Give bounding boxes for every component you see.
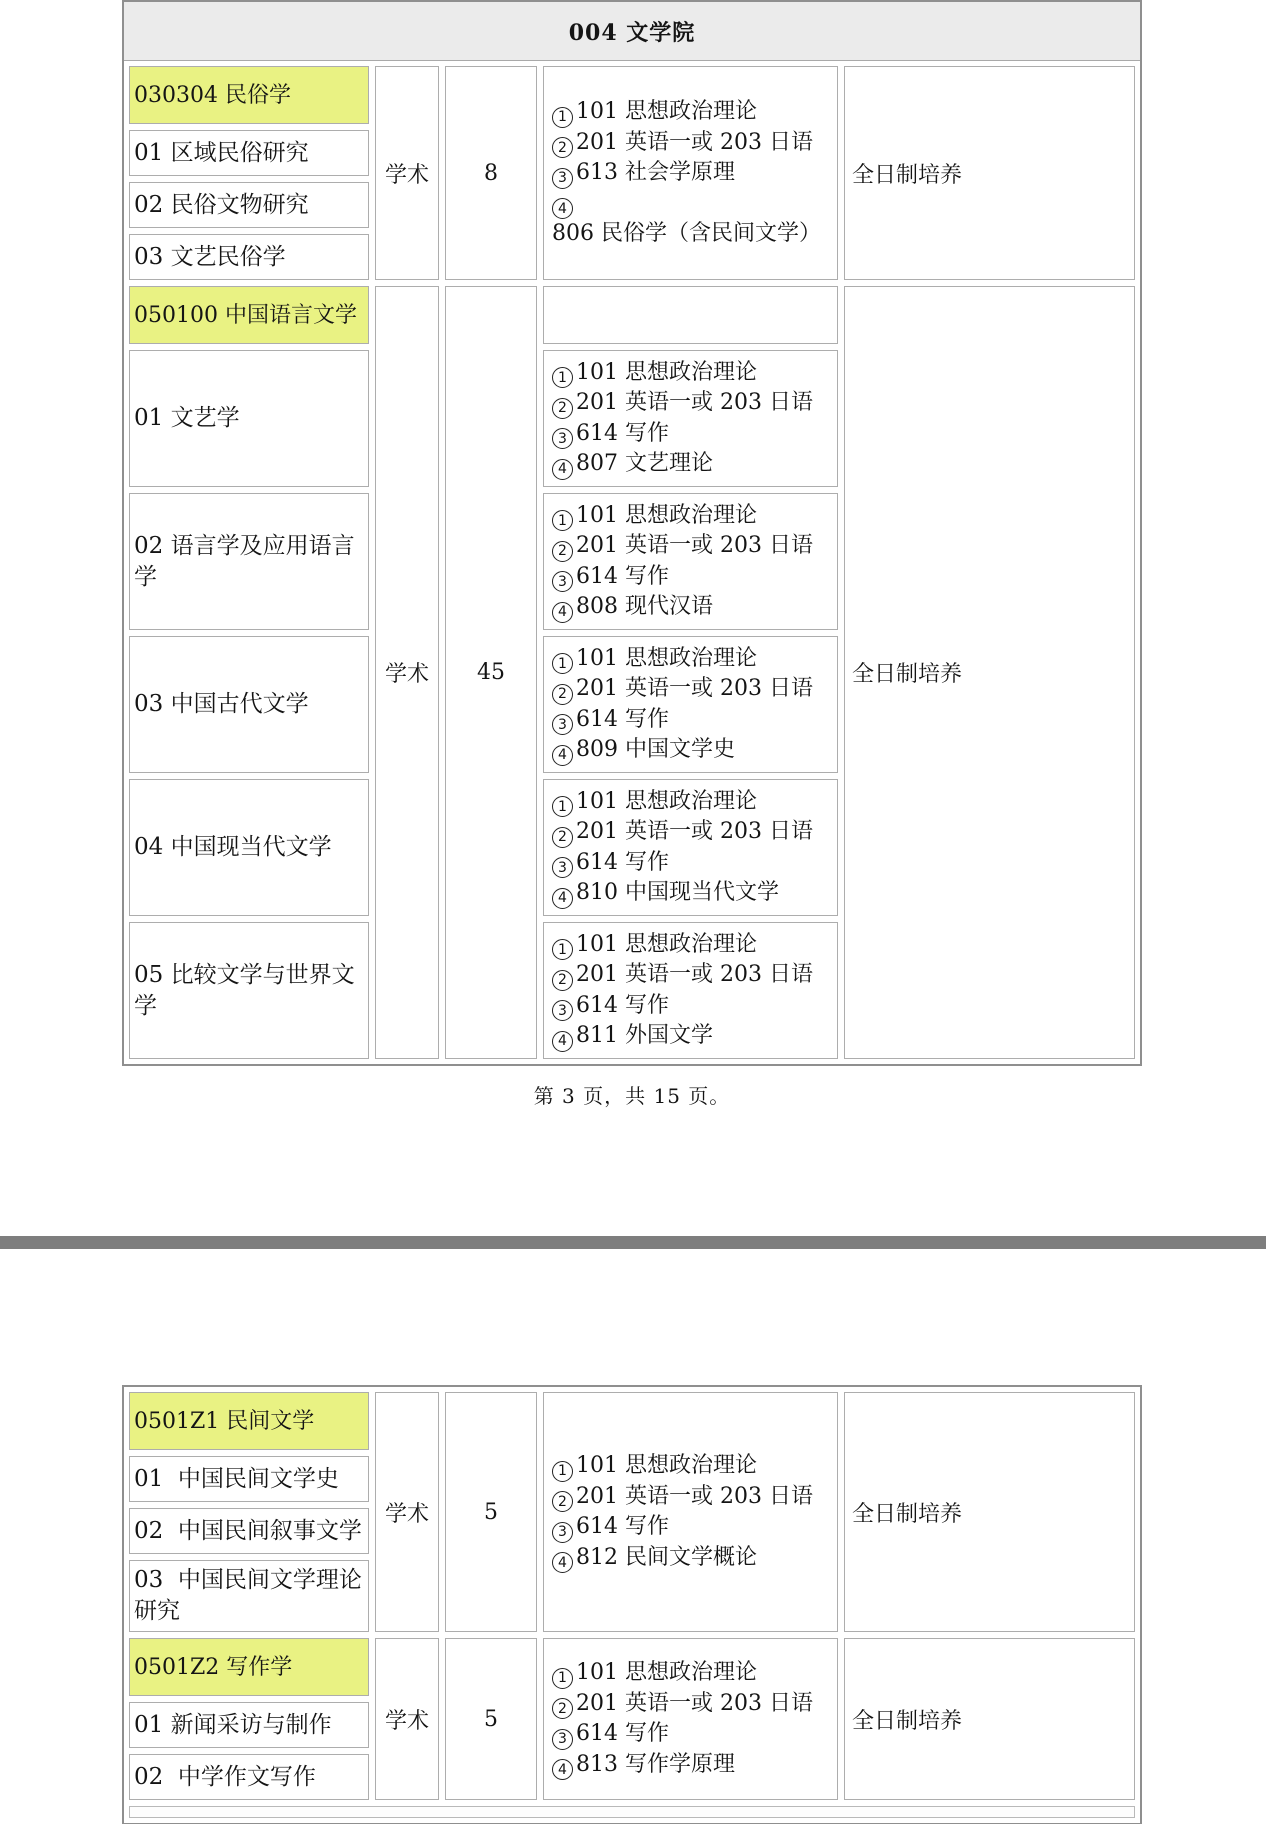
subject-text: 614 写作	[576, 564, 669, 589]
subject-line: 3614 写作	[552, 848, 835, 879]
subject-line: 3614 写作	[552, 1719, 835, 1750]
circled-number-badge: 2	[552, 1698, 573, 1719]
next-row-sliver	[129, 1806, 1135, 1818]
circled-number-badge: 1	[552, 1668, 573, 1689]
subject-line: 1101 思想政治理论	[552, 501, 835, 532]
subject-line: 1101 思想政治理论	[552, 358, 835, 389]
subject-text: 201 英语一或 203 日语	[576, 676, 813, 701]
subject-text: 806 民俗学（含民间文学）	[552, 221, 821, 246]
subject-line: 4811 外国文学	[552, 1021, 835, 1052]
circled-number-badge: 3	[552, 168, 573, 189]
direction-cell: 02 民俗文物研究	[129, 182, 369, 228]
circled-number-badge: 4	[552, 459, 573, 480]
subject-text: 614 写作	[576, 1721, 669, 1746]
circled-number-badge: 1	[552, 939, 573, 960]
circled-number-badge: 4	[552, 888, 573, 909]
direction-cell: 02 语言学及应用语言学	[129, 493, 369, 630]
subject-text: 201 英语一或 203 日语	[576, 819, 813, 844]
circled-number-badge: 2	[552, 1491, 573, 1512]
subject-line: 4809 中国文学史	[552, 735, 835, 766]
circled-number-badge: 3	[552, 1000, 573, 1021]
subject-text: 201 英语一或 203 日语	[576, 533, 813, 558]
subject-text: 614 写作	[576, 707, 669, 732]
major-code-cell: 050100 中国语言文学	[129, 286, 369, 344]
subject-line: 2201 英语一或 203 日语	[552, 388, 835, 419]
subject-line: 3614 写作	[552, 705, 835, 736]
circled-number-badge: 2	[552, 684, 573, 705]
subject-text: 201 英语一或 203 日语	[576, 390, 813, 415]
degree-type-cell: 学术	[375, 1392, 439, 1632]
exam-subjects-cell: 1101 思想政治理论2201 英语一或 203 日语3614 写作4811 外…	[543, 922, 838, 1059]
subject-line: 4812 民间文学概论	[552, 1543, 835, 1574]
exam-subjects-cell: 1101 思想政治理论2201 英语一或 203 日语3613 社会学原理480…	[543, 66, 838, 280]
subject-text: 101 思想政治理论	[576, 1660, 757, 1685]
page-divider	[0, 1236, 1266, 1249]
circled-number-badge: 1	[552, 653, 573, 674]
circled-number-badge: 3	[552, 1729, 573, 1750]
subject-text: 812 民间文学概论	[576, 1545, 757, 1570]
exam-subjects-cell: 1101 思想政治理论2201 英语一或 203 日语3614 写作4808 现…	[543, 493, 838, 630]
exam-subjects-cell: 1101 思想政治理论2201 英语一或 203 日语3614 写作4809 中…	[543, 636, 838, 773]
subject-text: 808 现代汉语	[576, 594, 713, 619]
degree-type-cell: 学术	[375, 1638, 439, 1800]
circled-number-badge: 4	[552, 1031, 573, 1052]
direction-cell: 02 中学作文写作	[129, 1754, 369, 1800]
subject-line: 3614 写作	[552, 1512, 835, 1543]
subject-text: 614 写作	[576, 1514, 669, 1539]
circled-number-badge: 4	[552, 745, 573, 766]
subject-text: 101 思想政治理论	[576, 503, 757, 528]
subject-line: 4808 现代汉语	[552, 592, 835, 623]
subject-line: 1101 思想政治理论	[552, 1451, 835, 1482]
subject-line: 2201 英语一或 203 日语	[552, 128, 835, 159]
quota-cell: 5	[445, 1392, 537, 1632]
circled-number-badge: 4	[552, 1759, 573, 1780]
subject-line: 4807 文艺理论	[552, 449, 835, 480]
exam-subjects-cell	[543, 286, 838, 344]
subject-line: 2201 英语一或 203 日语	[552, 531, 835, 562]
training-mode-cell: 全日制培养	[844, 1638, 1135, 1800]
subject-text: 614 写作	[576, 421, 669, 446]
circled-number-badge: 1	[552, 796, 573, 817]
training-mode-cell: 全日制培养	[844, 66, 1135, 280]
college-header: 004 文学院	[124, 2, 1140, 61]
subject-line: 4813 写作学原理	[552, 1750, 835, 1781]
direction-cell: 01 文艺学	[129, 350, 369, 487]
circled-number-badge: 2	[552, 827, 573, 848]
circled-number-badge: 2	[552, 970, 573, 991]
page-footer: 第 3 页，共 15 页。	[122, 1080, 1142, 1109]
major-code-cell: 030304 民俗学	[129, 66, 369, 124]
exam-subjects-cell: 1101 思想政治理论2201 英语一或 203 日语3614 写作4810 中…	[543, 779, 838, 916]
subject-text: 101 思想政治理论	[576, 789, 757, 814]
circled-number-badge: 3	[552, 571, 573, 592]
direction-cell: 03 中国古代文学	[129, 636, 369, 773]
subject-line: 3614 写作	[552, 991, 835, 1022]
subject-text: 101 思想政治理论	[576, 646, 757, 671]
subject-line: 2201 英语一或 203 日语	[552, 674, 835, 705]
subject-line: 2201 英语一或 203 日语	[552, 1482, 835, 1513]
circled-number-badge: 2	[552, 541, 573, 562]
subject-line: 4810 中国现当代文学	[552, 878, 835, 909]
subject-line: 3613 社会学原理	[552, 158, 835, 189]
subject-line: 2201 英语一或 203 日语	[552, 817, 835, 848]
circled-number-badge: 3	[552, 857, 573, 878]
quota-cell: 8	[445, 66, 537, 280]
subject-text: 813 写作学原理	[576, 1752, 735, 1777]
subject-text: 201 英语一或 203 日语	[576, 1484, 813, 1509]
training-mode-cell: 全日制培养	[844, 1392, 1135, 1632]
subject-line: 1101 思想政治理论	[552, 97, 835, 128]
page2-table-body: 0501Z1 民间文学01 中国民间文学史02 中国民间叙事文学03 中国民间文…	[124, 1387, 1140, 1823]
direction-cell: 03 文艺民俗学	[129, 234, 369, 280]
degree-type-cell: 学术	[375, 66, 439, 280]
direction-cell: 02 中国民间叙事文学	[129, 1508, 369, 1554]
circled-number-badge: 4	[552, 602, 573, 623]
major-block: 0501Z1 民间文学01 中国民间文学史02 中国民间叙事文学03 中国民间文…	[129, 1392, 1135, 1632]
circled-number-badge: 3	[552, 1522, 573, 1543]
exam-subjects-cell: 1101 思想政治理论2201 英语一或 203 日语3614 写作4807 文…	[543, 350, 838, 487]
subject-line: 2201 英语一或 203 日语	[552, 1689, 835, 1720]
admissions-table-page4: 0501Z1 民间文学01 中国民间文学史02 中国民间叙事文学03 中国民间文…	[122, 1385, 1142, 1824]
page1-table-body: 030304 民俗学01 区域民俗研究02 民俗文物研究03 文艺民俗学学术81…	[124, 61, 1140, 1064]
major-block: 050100 中国语言文学01 文艺学02 语言学及应用语言学03 中国古代文学…	[129, 286, 1135, 1059]
circled-number-badge: 2	[552, 137, 573, 158]
circled-number-badge: 1	[552, 107, 573, 128]
major-code-cell: 0501Z1 民间文学	[129, 1392, 369, 1450]
direction-cell: 01 新闻采访与制作	[129, 1702, 369, 1748]
subject-line: 3614 写作	[552, 419, 835, 450]
subject-line: 4806 民俗学（含民间文学）	[552, 189, 835, 250]
subject-text: 807 文艺理论	[576, 451, 713, 476]
subject-text: 810 中国现当代文学	[576, 880, 779, 905]
direction-cell: 03 中国民间文学理论研究	[129, 1560, 369, 1632]
subject-text: 614 写作	[576, 850, 669, 875]
subject-line: 1101 思想政治理论	[552, 644, 835, 675]
degree-type-cell: 学术	[375, 286, 439, 1059]
exam-subjects-cell: 1101 思想政治理论2201 英语一或 203 日语3614 写作4812 民…	[543, 1392, 838, 1632]
circled-number-badge: 4	[552, 198, 573, 219]
subject-text: 201 英语一或 203 日语	[576, 962, 813, 987]
major-code-cell: 0501Z2 写作学	[129, 1638, 369, 1696]
subject-text: 201 英语一或 203 日语	[576, 1691, 813, 1716]
circled-number-badge: 1	[552, 367, 573, 388]
subject-line: 1101 思想政治理论	[552, 1658, 835, 1689]
subject-line: 1101 思想政治理论	[552, 787, 835, 818]
circled-number-badge: 2	[552, 398, 573, 419]
direction-cell: 05 比较文学与世界文学	[129, 922, 369, 1059]
circled-number-badge: 3	[552, 428, 573, 449]
exam-subjects-cell: 1101 思想政治理论2201 英语一或 203 日语3614 写作4813 写…	[543, 1638, 838, 1800]
circled-number-badge: 4	[552, 1552, 573, 1573]
circled-number-badge: 1	[552, 510, 573, 531]
subject-line: 3614 写作	[552, 562, 835, 593]
subject-text: 101 思想政治理论	[576, 360, 757, 385]
direction-cell: 01 中国民间文学史	[129, 1456, 369, 1502]
quota-cell: 5	[445, 1638, 537, 1800]
circled-number-badge: 1	[552, 1461, 573, 1482]
subject-text: 201 英语一或 203 日语	[576, 130, 813, 155]
subject-text: 101 思想政治理论	[576, 1453, 757, 1478]
subject-text: 613 社会学原理	[576, 160, 735, 185]
direction-cell: 01 区域民俗研究	[129, 130, 369, 176]
subject-text: 809 中国文学史	[576, 737, 735, 762]
training-mode-cell: 全日制培养	[844, 286, 1135, 1059]
quota-cell: 45	[445, 286, 537, 1059]
admissions-table-page3: 004 文学院 030304 民俗学01 区域民俗研究02 民俗文物研究03 文…	[122, 0, 1142, 1066]
major-block: 0501Z2 写作学01 新闻采访与制作02 中学作文写作学术51101 思想政…	[129, 1638, 1135, 1800]
direction-cell: 04 中国现当代文学	[129, 779, 369, 916]
subject-text: 614 写作	[576, 993, 669, 1018]
subject-text: 811 外国文学	[576, 1023, 713, 1048]
circled-number-badge: 3	[552, 714, 573, 735]
subject-line: 1101 思想政治理论	[552, 930, 835, 961]
subject-text: 101 思想政治理论	[576, 99, 757, 124]
subject-line: 2201 英语一或 203 日语	[552, 960, 835, 991]
major-block: 030304 民俗学01 区域民俗研究02 民俗文物研究03 文艺民俗学学术81…	[129, 66, 1135, 280]
subject-text: 101 思想政治理论	[576, 932, 757, 957]
